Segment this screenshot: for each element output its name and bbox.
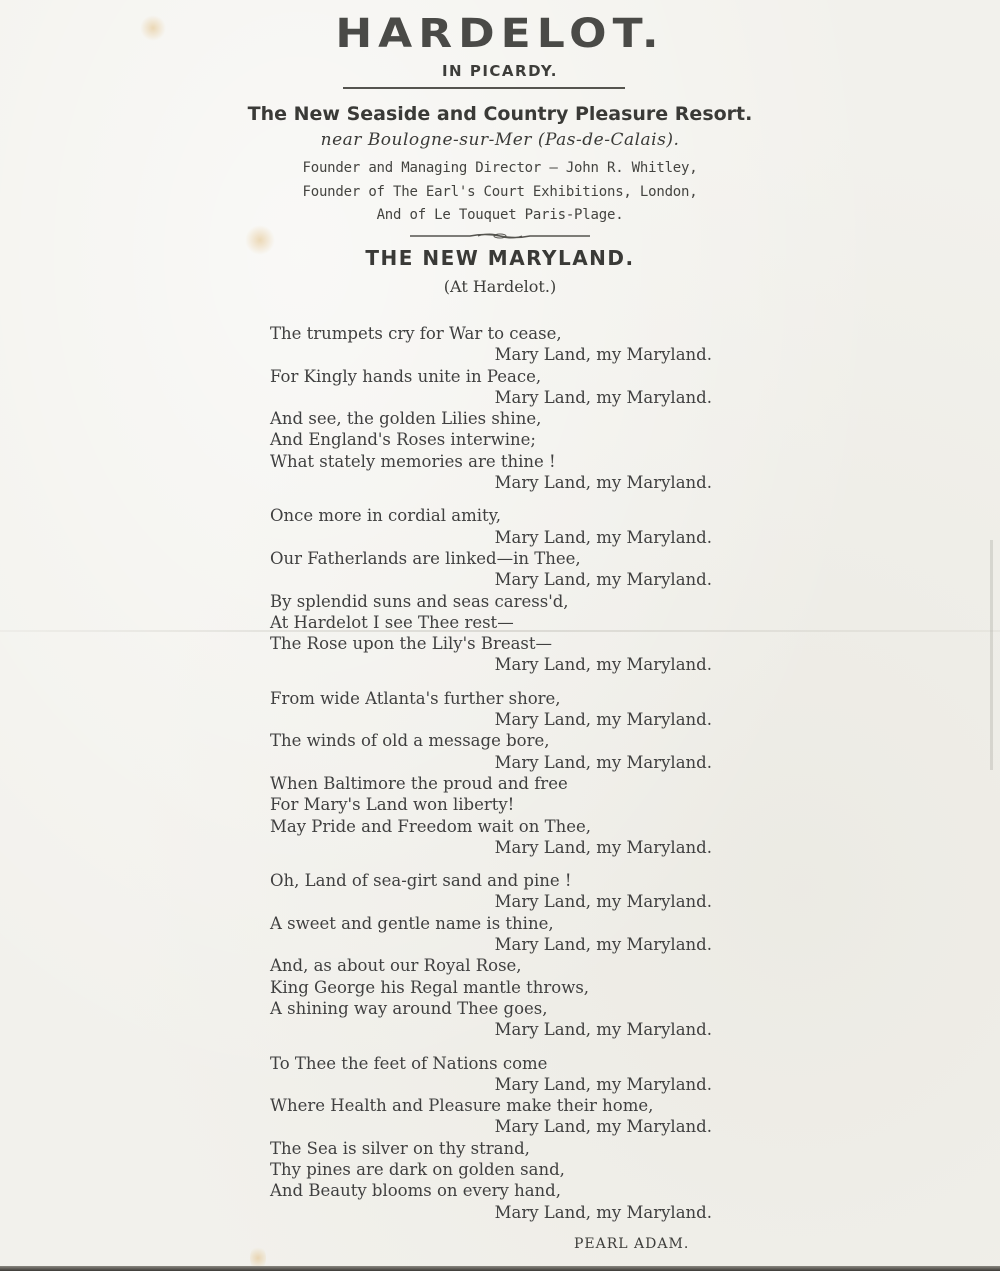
header-divider: [343, 87, 625, 89]
verse-line: A sweet and gentle name is thine,: [270, 913, 730, 934]
verse-line: Thy pines are dark on golden sand,: [270, 1159, 730, 1180]
verse-line: Oh, Land of sea-girt sand and pine !: [270, 870, 730, 891]
poem-author: PEARL ADAM.: [574, 1236, 689, 1252]
founder-line: And of Le Touquet Paris-Plage.: [0, 207, 1000, 223]
poem-stanza: The trumpets cry for War to cease,Mary L…: [270, 323, 730, 493]
refrain-line: Mary Land, my Maryland.: [270, 1074, 730, 1095]
paper-edge-crease: [990, 540, 993, 770]
poem-stanza: Once more in cordial amity,Mary Land, my…: [270, 505, 730, 675]
verse-line: Where Health and Pleasure make their hom…: [270, 1095, 730, 1116]
verse-line: A shining way around Thee goes,: [270, 998, 730, 1019]
verse-line: When Baltimore the proud and free: [270, 773, 730, 794]
poem-stanza: From wide Atlanta's further shore,Mary L…: [270, 688, 730, 858]
masthead-title: HARDELOT.: [0, 10, 1000, 57]
poem-stanza: To Thee the feet of Nations comeMary Lan…: [270, 1053, 730, 1223]
refrain-line: Mary Land, my Maryland.: [270, 891, 730, 912]
resort-tagline: The New Seaside and Country Pleasure Res…: [0, 103, 1000, 125]
refrain-line: Mary Land, my Maryland.: [270, 837, 730, 858]
verse-line: And England's Roses interwine;: [270, 429, 730, 450]
verse-line: The trumpets cry for War to cease,: [270, 323, 730, 344]
refrain-line: Mary Land, my Maryland.: [270, 934, 730, 955]
founder-line: Founder of The Earl's Court Exhibitions,…: [0, 184, 1000, 200]
refrain-line: Mary Land, my Maryland.: [270, 1116, 730, 1137]
verse-line: To Thee the feet of Nations come: [270, 1053, 730, 1074]
song-title: THE NEW MARYLAND.: [0, 246, 1000, 270]
founder-line: Founder and Managing Director — John R. …: [0, 160, 1000, 176]
verse-line: And, as about our Royal Rose,: [270, 955, 730, 976]
verse-line: The Rose upon the Lily's Breast—: [270, 633, 730, 654]
refrain-line: Mary Land, my Maryland.: [270, 472, 730, 493]
verse-line: For Mary's Land won liberty!: [270, 794, 730, 815]
refrain-line: Mary Land, my Maryland.: [270, 387, 730, 408]
ornamental-divider: [410, 232, 590, 240]
verse-line: Our Fatherlands are linked—in Thee,: [270, 548, 730, 569]
verse-line: The winds of old a message bore,: [270, 730, 730, 751]
verse-line: King George his Regal mantle throws,: [270, 977, 730, 998]
poem-body: The trumpets cry for War to cease,Mary L…: [270, 323, 730, 1235]
verse-line: What stately memories are thine !: [270, 451, 730, 472]
verse-line: And see, the golden Lilies shine,: [270, 408, 730, 429]
page-bottom-edge: [0, 1266, 1000, 1271]
refrain-line: Mary Land, my Maryland.: [270, 1019, 730, 1040]
refrain-line: Mary Land, my Maryland.: [270, 344, 730, 365]
refrain-line: Mary Land, my Maryland.: [270, 1202, 730, 1223]
verse-line: Once more in cordial amity,: [270, 505, 730, 526]
verse-line: And Beauty blooms on every hand,: [270, 1180, 730, 1201]
verse-line: At Hardelot I see Thee rest—: [270, 612, 730, 633]
song-subtitle: (At Hardelot.): [0, 277, 1000, 296]
location-subheading: IN PICARDY.: [0, 62, 1000, 80]
refrain-line: Mary Land, my Maryland.: [270, 527, 730, 548]
verse-line: By splendid suns and seas caress'd,: [270, 591, 730, 612]
location-near: near Boulogne-sur-Mer (Pas-de-Calais).: [0, 130, 1000, 150]
poem-stanza: Oh, Land of sea-girt sand and pine !Mary…: [270, 870, 730, 1040]
refrain-line: Mary Land, my Maryland.: [270, 709, 730, 730]
verse-line: The Sea is silver on thy strand,: [270, 1138, 730, 1159]
verse-line: From wide Atlanta's further shore,: [270, 688, 730, 709]
verse-line: For Kingly hands unite in Peace,: [270, 366, 730, 387]
refrain-line: Mary Land, my Maryland.: [270, 752, 730, 773]
refrain-line: Mary Land, my Maryland.: [270, 654, 730, 675]
verse-line: May Pride and Freedom wait on Thee,: [270, 816, 730, 837]
refrain-line: Mary Land, my Maryland.: [270, 569, 730, 590]
